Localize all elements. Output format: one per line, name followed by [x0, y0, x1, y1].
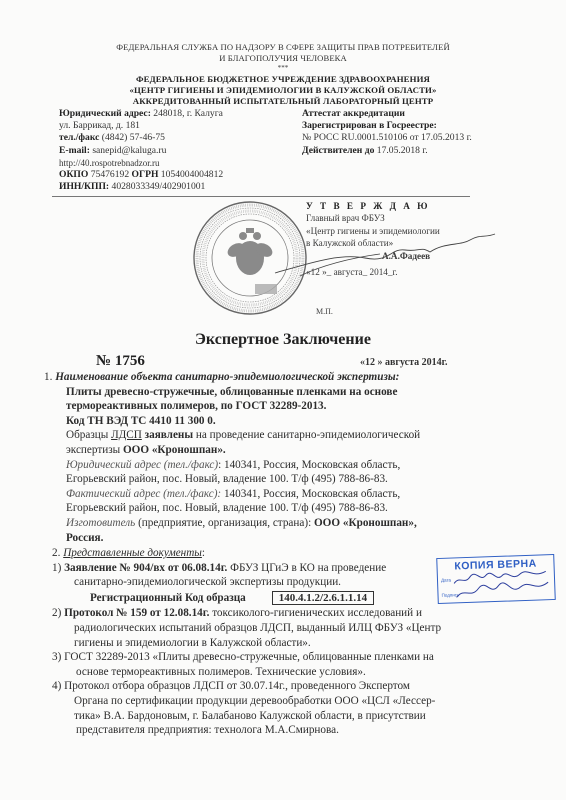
applicant-name: ООО «Кроношпан». — [123, 444, 226, 456]
copy-verified-stamp: КОПИЯ ВЕРНА Дата Подпись — [436, 554, 556, 604]
customs-code: Код ТН ВЭД ТС 4410 11 300 0. — [44, 414, 554, 429]
phone-value: (4842) 57-46-75 — [99, 132, 165, 143]
phone-label: тел./факс — [59, 132, 99, 143]
inn-value: 4028033349/402901001 — [109, 181, 205, 192]
item3-text2: основе термореактивных полимеров. Технич… — [52, 665, 552, 680]
org-name-line3: АККРЕДИТОВАННЫЙ ИСПЫТАТЕЛЬНЫЙ ЛАБОРАТОРН… — [0, 96, 566, 107]
legal-address-label-applicant: Юридический адрес (тел./факс) — [66, 459, 218, 471]
approval-title: У Т В Е Р Ж Д А Ю — [306, 200, 440, 212]
section1-heading: Наименование объекта санитарно-эпидемиол… — [55, 371, 399, 383]
samples-text-b: ЛДСП — [111, 429, 142, 441]
registry-label: Зарегистрирован в Госреестре: — [302, 120, 437, 131]
section2-heading: Представленные документы — [63, 547, 202, 559]
valid-until-value: 17.05.2018 г. — [374, 145, 427, 156]
reg-code-label: Регистрационный Код образца — [90, 592, 246, 604]
item3-number: 3) — [52, 651, 61, 663]
street-address: ул. Баррикад, д. 181 — [59, 120, 223, 132]
section1-number: 1. — [44, 371, 52, 383]
registry-number: № РОСС RU.0001.510106 от 17.05.2013 г. — [302, 132, 472, 144]
ogrn-value: 1054004004812 — [158, 169, 223, 180]
header-divider — [52, 196, 470, 197]
approver-position-line1: Главный врач ФБУЗ — [306, 212, 440, 224]
item2-text1: токсиколого-гигиенических исследований и — [209, 607, 422, 619]
item1-number: 1) — [52, 562, 61, 574]
accreditation-block: Аттестат аккредитации Зарегистрирован в … — [302, 108, 472, 157]
item4-text1: Протокол отбора образцов ЛДСП от 30.07.1… — [64, 680, 410, 692]
item4-text4: представителя предприятия: технолога М.А… — [52, 723, 552, 738]
document-item-2: 2) Протокол № 159 от 12.08.14г. токсикол… — [52, 606, 552, 650]
manufacturer-name: ООО «Кроношпан», — [314, 517, 417, 529]
item1-bold: Заявление № 904/вх от 06.08.14г. — [64, 562, 227, 574]
manufacturer-label: Изготовитель — [66, 517, 135, 529]
section2-number: 2. — [52, 547, 60, 559]
website: http://40.rospotrebnadzor.ru — [59, 157, 223, 169]
contacts-block: Юридический адрес: 248018, г. Калуга ул.… — [59, 108, 223, 193]
manufacturer-description: (предприятие, организация, страна): — [135, 517, 314, 529]
item1-text1: ФБУЗ ЦГиЭ в КО на проведение — [227, 562, 386, 574]
agency-name-line1: ФЕДЕРАЛЬНАЯ СЛУЖБА ПО НАДЗОРУ В СФЕРЕ ЗА… — [0, 42, 566, 53]
org-name-line1: ФЕДЕРАЛЬНОЕ БЮДЖЕТНОЕ УЧРЕЖДЕНИЕ ЗДРАВОО… — [0, 74, 566, 85]
item2-text3: гигиены и эпидемиологии в Калужской обла… — [52, 636, 552, 651]
document-title: Экспертное Заключение — [0, 331, 566, 349]
samples-text-a: Образцы — [66, 429, 111, 441]
reg-code-value: 140.4.1.2/2.6.1.1.14 — [272, 591, 374, 605]
legal-address-applicant-line2: Егорьевский район, пос. Новый, владение … — [44, 472, 554, 487]
item3-text1: ГОСТ 32289-2013 «Плиты древесно-стружечн… — [64, 651, 434, 663]
item4-text2: Органа по сертификации продукции деревоо… — [52, 694, 552, 709]
inn-label: ИНН/КПП: — [59, 181, 109, 192]
document-item-4: 4) Протокол отбора образцов ЛДСП от 30.0… — [52, 679, 552, 737]
ogrn-label: ОГРН — [132, 169, 159, 180]
okpo-value: 75476192 — [88, 169, 131, 180]
item2-text2: радиологических испытаний образцов ЛДСП,… — [52, 621, 552, 636]
product-name-line1: Плиты древесно-стружечные, облицованные … — [44, 385, 554, 400]
item4-text3: тика» В.А. Бардоновым, г. Балабаново Кал… — [52, 709, 552, 724]
item2-number: 2) — [52, 607, 61, 619]
valid-until-label: Действителен до — [302, 145, 374, 156]
manufacturer-country: Россия. — [44, 531, 554, 546]
accreditation-title: Аттестат аккредитации — [302, 108, 405, 119]
item2-bold: Протокол № 159 от 12.08.14г. — [64, 607, 209, 619]
legal-address-applicant-line1: : 140341, Россия, Московская область, — [218, 459, 400, 471]
document-number: № 1756 — [96, 353, 145, 370]
actual-address-line1: 140341, Россия, Московская область, — [221, 488, 400, 500]
email-label: E-mail: — [59, 145, 90, 156]
email-value: sanepid@kaluga.ru — [90, 145, 167, 156]
header-separator: *** — [0, 63, 566, 74]
document-date: «12 » августа 2014г. — [360, 357, 448, 368]
samples-text-d: на проведение санитарно-эпидемиологическ… — [193, 429, 420, 441]
legal-address-label: Юридический адрес: — [59, 108, 151, 119]
document-item-3: 3) ГОСТ 32289-2013 «Плиты древесно-струж… — [52, 650, 552, 679]
org-name-line2: «ЦЕНТР ГИГИЕНЫ И ЭПИДЕМИОЛОГИИ В КАЛУЖСК… — [0, 85, 566, 96]
samples-text-c: заявлены — [142, 429, 193, 441]
actual-address-label: Фактический адрес (тел./факс): — [66, 488, 221, 500]
section-objects: 1. Наименование объекта санитарно-эпидем… — [44, 370, 554, 545]
stamp-handwriting-icon — [450, 568, 553, 602]
item4-number: 4) — [52, 680, 61, 692]
samples-text-e: экспертизы — [66, 444, 123, 456]
actual-address-line2: Егорьевский район, пос. Новый, владение … — [44, 501, 554, 516]
product-name-line2: термореактивных полимеров, по ГОСТ 32289… — [44, 399, 554, 414]
seal-place-label: М.П. — [316, 307, 333, 316]
okpo-label: ОКПО — [59, 169, 88, 180]
approver-signature-icon — [270, 228, 500, 278]
legal-address-value: 248018, г. Калуга — [151, 108, 223, 119]
